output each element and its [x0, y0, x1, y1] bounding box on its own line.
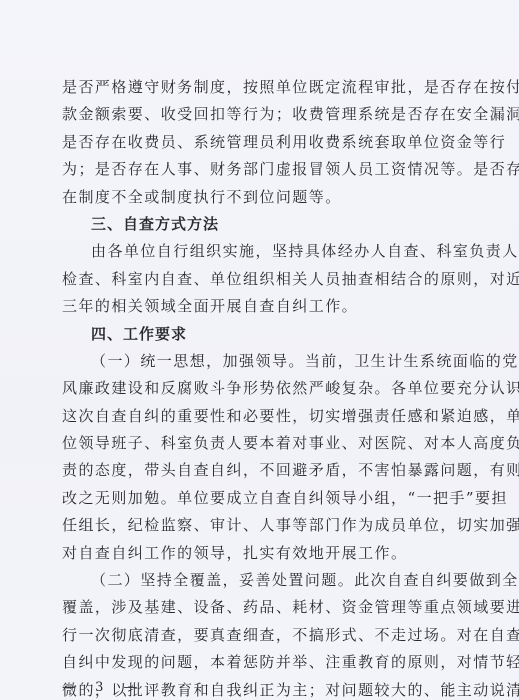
text-line: 由各单位自行组织实施，坚持具体经办人自查、科室负责人 [62, 238, 462, 265]
document-body: 是否严格遵守财务制度，按照单位既定流程审批，是否存在按付 款金额索要、收受回扣等… [62, 74, 462, 700]
text-line: 风廉政建设和反腐败斗争形势依然严峻复杂。各单位要充分认识 [62, 375, 462, 402]
text-line: 是否严格遵守财务制度，按照单位既定流程审批，是否存在按付 [62, 74, 462, 101]
text-line: 责的态度，带头自查自纠，不回避矛盾，不害怕暴露问题，有则 [62, 457, 462, 484]
text-line: 在制度不全或制度执行不到位问题等。 [62, 184, 462, 211]
text-line: 这次自查自纠的重要性和必要性，切实增强责任感和紧迫感，单 [62, 403, 462, 430]
text-line: 覆盖，涉及基建、设备、药品、耗材、资金管理等重点领域要进 [62, 594, 462, 621]
document-page: 是否严格遵守财务制度，按照单位既定流程审批，是否存在按付 款金额索要、收受回扣等… [0, 0, 519, 700]
text-line: （二）坚持全覆盖，妥善处置问题。此次自查自纠要做到全 [62, 567, 462, 594]
text-line: 三年的相关领域全面开展自查自纠工作。 [62, 293, 462, 320]
text-line: 款金额索要、收受回扣等行为；收费管理系统是否存在安全漏洞， [62, 101, 462, 128]
section-heading-requirements: 四、工作要求 [62, 321, 462, 348]
text-line: 是否存在收费员、系统管理员利用收费系统套取单位资金等行 [62, 129, 462, 156]
text-line: 任组长，纪检监察、审计、人事等部门作为成员单位，切实加强 [62, 512, 462, 539]
text-line: 对自查自纠工作的领导，扎实有效地开展工作。 [62, 540, 462, 567]
section-heading-methods: 三、自查方式方法 [62, 211, 462, 238]
text-line: 行一次彻底清查，要真查细查，不搞形式、不走过场。对在自查 [62, 622, 462, 649]
text-line: 改之无则加勉。单位要成立自查自纠领导小组，“一把手”要担 [62, 485, 462, 512]
text-line: （一）统一思想，加强领导。当前，卫生计生系统面临的党 [62, 348, 462, 375]
page-number: — 3 — [62, 680, 145, 695]
text-line: 自纠中发现的问题，本着惩防并举、注重教育的原则，对情节轻 [62, 649, 462, 676]
text-line: 位领导班子、科室负责人要本着对事业、对医院、对本人高度负 [62, 430, 462, 457]
text-line: 为；是否存在人事、财务部门虚报冒领人员工资情况等。是否存 [62, 156, 462, 183]
text-line: 检查、科室内自查、单位组织相关人员抽查相结合的原则，对近 [62, 266, 462, 293]
